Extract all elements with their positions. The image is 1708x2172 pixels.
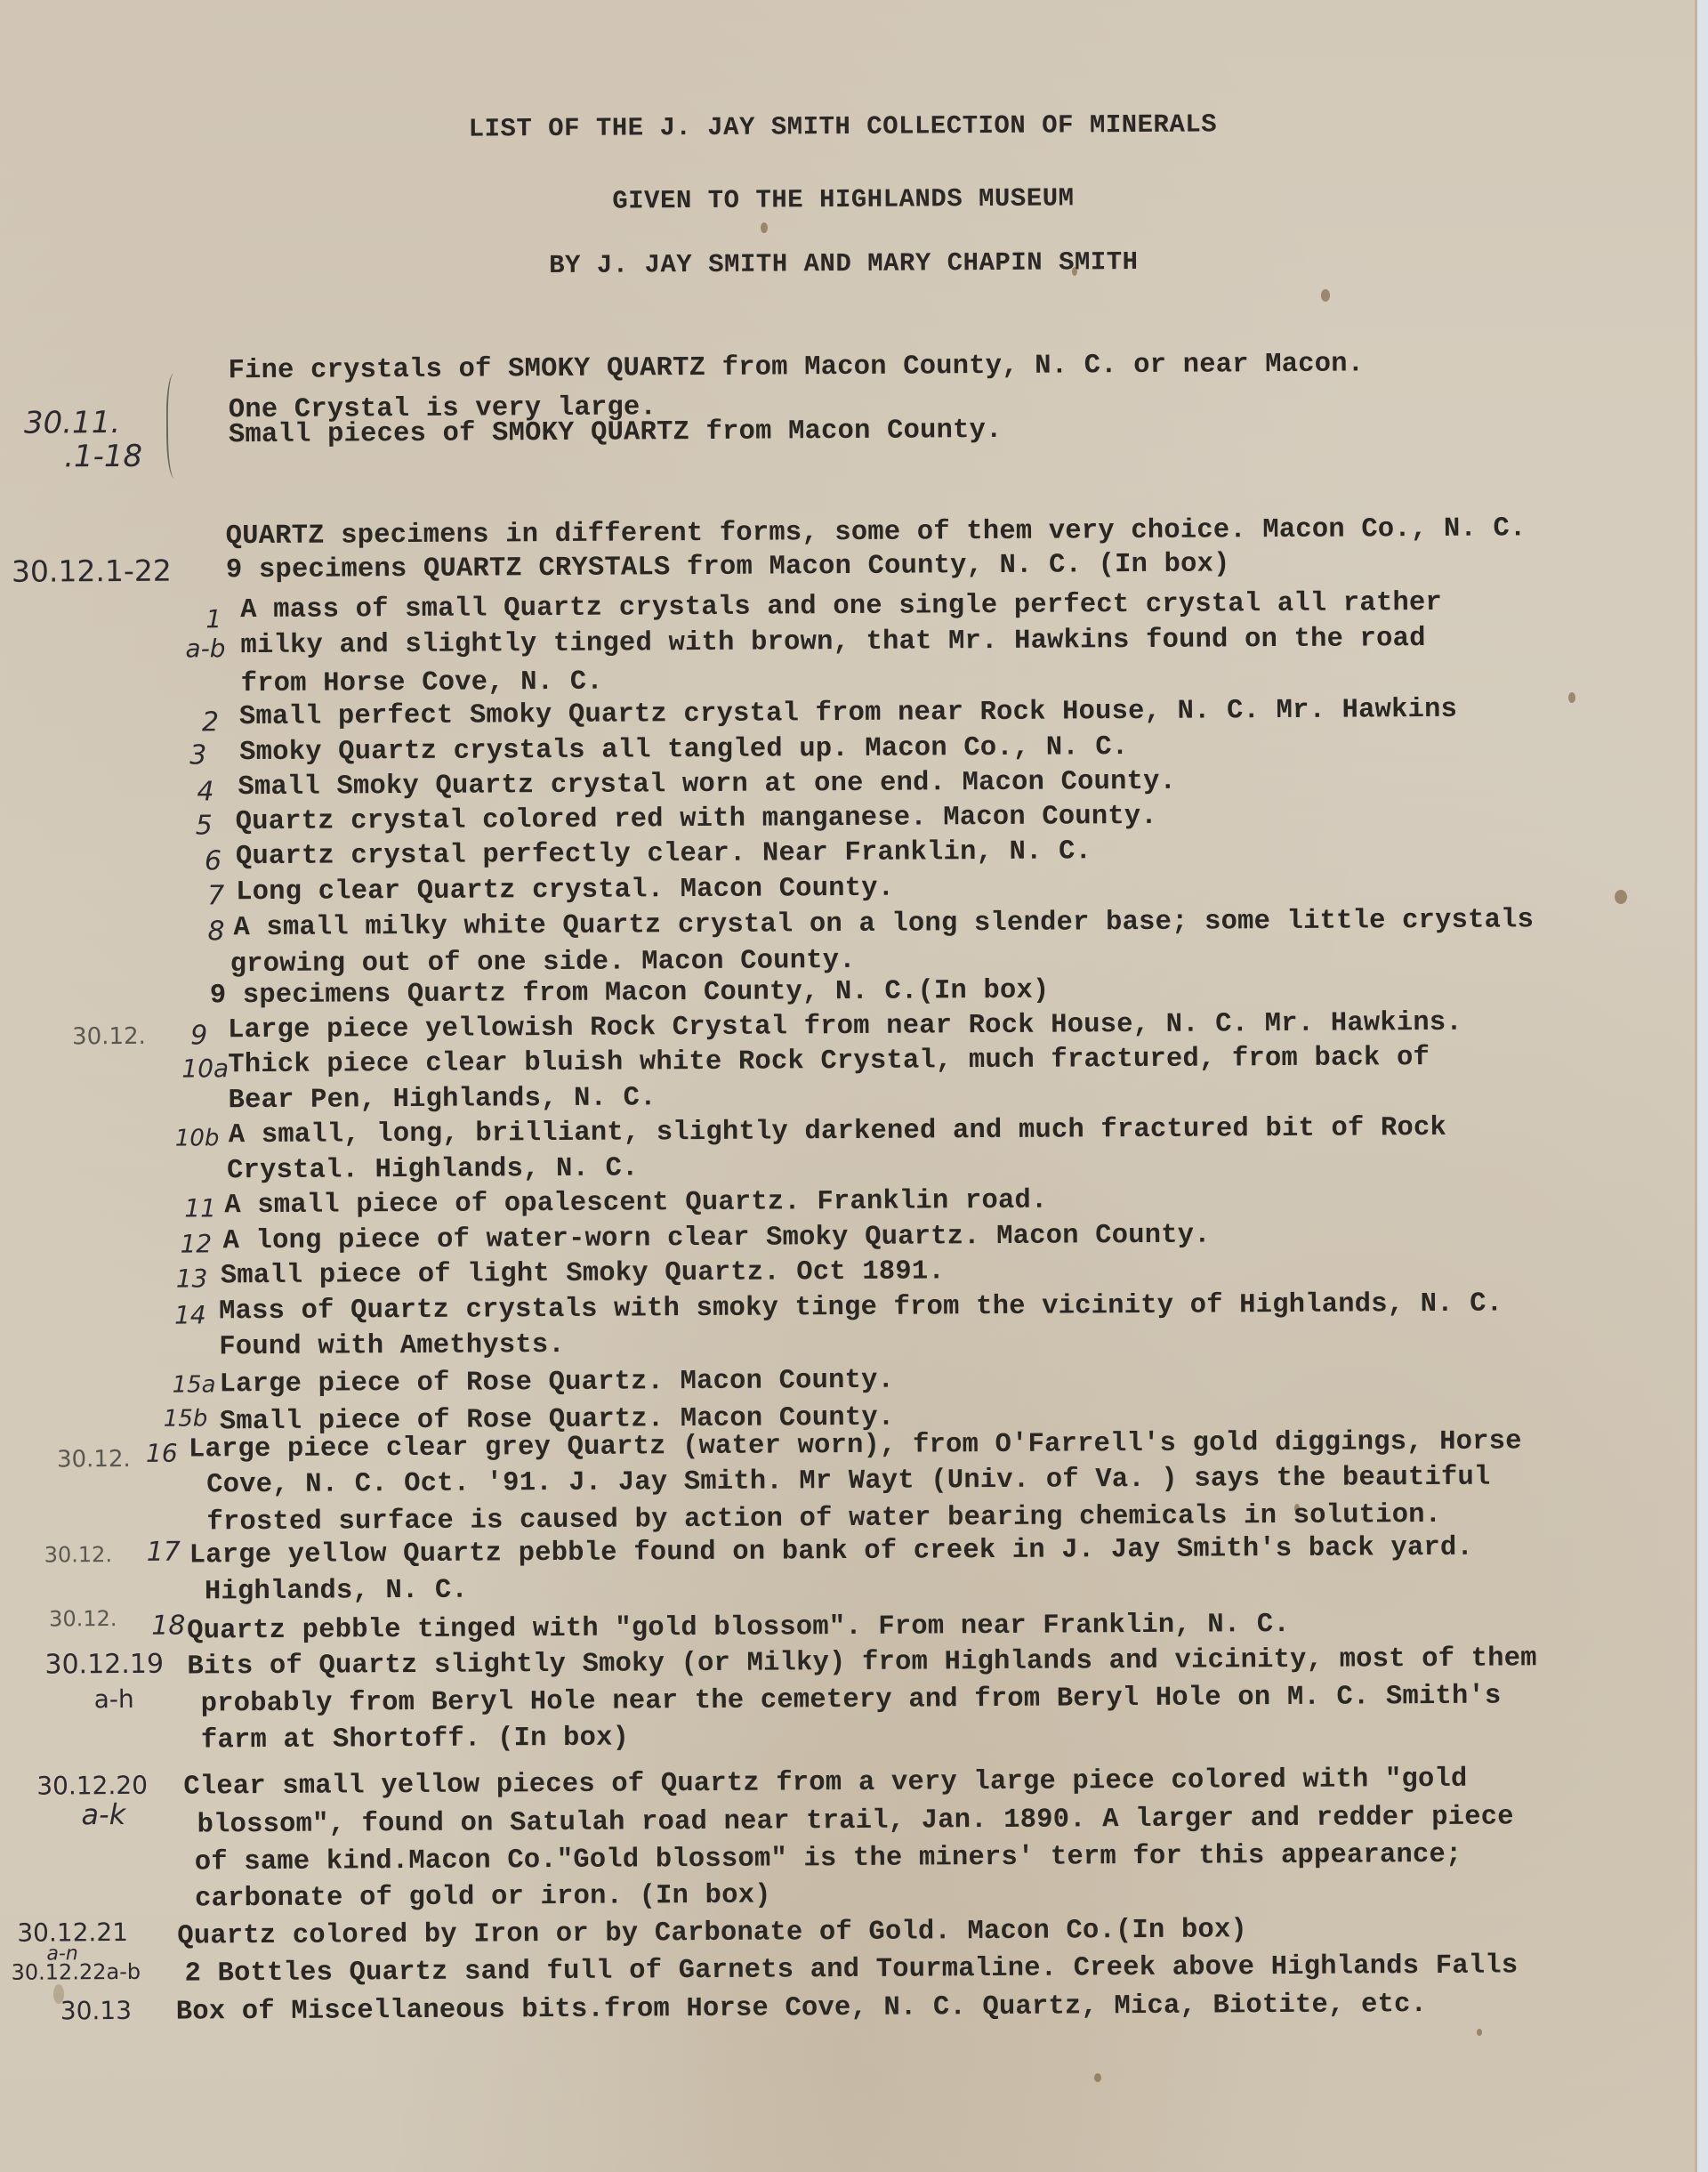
entry-line: Clear small yellow pieces of Quartz from… [183,1764,1467,1803]
entry-line: frosted surface is caused by action of w… [206,1500,1441,1538]
catalog-number: 30.11. [24,405,120,441]
item-number: 18 [151,1611,185,1642]
title-line-2: GIVEN TO THE HIGHLANDS MUSEUM [0,180,1690,220]
entry-line: Small pieces of SMOKY QUARTZ from Macon … [229,416,1003,450]
entry-line: farm at Shortoff. (In box) [201,1724,629,1756]
typed-document: LIST OF THE J. JAY SMITH COLLECTION OF M… [0,0,1703,2172]
catalog-subrange: .1-18 [64,439,142,475]
catalog-number: 30.12. [72,1023,146,1051]
item-number: 14 [174,1300,206,1329]
catalog-number: 30.12.20 [36,1771,148,1801]
bracket-mark [166,374,187,479]
item-number: 13 [176,1264,208,1293]
catalog-number: 30.12.22a-b [11,1959,141,1985]
entry-line: Small Smoky Quartz crystal worn at one e… [238,767,1176,803]
entry-line: Quartz crystal colored red with manganes… [236,802,1157,837]
entry-line: Mass of Quartz crystals with smoky tinge… [219,1289,1503,1328]
entry-line: from Horse Cove, N. C. [241,667,603,699]
entry-line: blossom", found on Satulah road near tra… [197,1802,1513,1840]
item-number: 7 [207,880,224,911]
entry-line: Quartz crystal perfectly clear. Near Fra… [236,836,1092,872]
entry-line: of same kind.Macon Co."Gold blossom" is … [195,1840,1462,1878]
entry-line: growing out of one side. Macon County. [230,946,856,980]
entry-line: QUARTZ specimens in different forms, som… [226,513,1527,552]
entry-line: milky and slightly tinged with brown, th… [240,624,1425,661]
catalog-subrange: a-k [81,1797,125,1831]
catalog-number: 30.12.19 [44,1649,164,1681]
entry-line: Large piece yellowish Rock Crystal from … [228,1008,1462,1046]
entry-line: Bits of Quartz slightly Smoky (or Milky)… [187,1643,1536,1682]
entry-line: Found with Amethysts. [219,1330,565,1362]
catalog-number: 30.12. [44,1542,113,1567]
item-number: 9 [190,1020,207,1051]
entry-line: Fine crystals of SMOKY QUARTZ from Macon… [228,349,1364,386]
item-number: 15a [172,1371,215,1398]
entry-line: Large yellow Quartz pebble found on bank… [189,1533,1473,1571]
entry-line: A small piece of opalescent Quartz. Fran… [224,1186,1047,1222]
entry-line: carbonate of gold or iron. (In box) [195,1881,771,1915]
entry-line: A small, long, brilliant, slightly darke… [229,1113,1446,1151]
item-number: 2 [202,707,219,738]
entry-line: Small perfect Smoky Quartz crystal from … [239,695,1457,732]
item-number: 5 [196,810,213,841]
item-number-circled: 3 [189,739,206,771]
entry-line: Smoky Quartz crystals all tangled up. Ma… [239,732,1128,768]
entry-line: A mass of small Quartz crystals and one … [240,588,1442,626]
entry-line: probably from Beryl Hole near the cemete… [201,1682,1502,1720]
entry-line: A long piece of water-worn clear Smoky Q… [222,1221,1210,1257]
item-number: 4 [197,776,213,807]
item-number: 17 [147,1537,181,1568]
title-line-3: BY J. JAY SMITH AND MARY CHAPIN SMITH [0,244,1691,284]
entry-line: Cove, N. C. Oct. '91. J. Jay Smith. Mr W… [206,1463,1490,1501]
entry-line: Thick piece clear bluish white Rock Crys… [228,1043,1430,1080]
item-number: 16 [146,1439,178,1468]
entry-line: A small milky white Quartz crystal on a … [233,905,1534,943]
catalog-subrange: a-h [94,1684,134,1714]
entry-line: Bear Pen, Highlands, N. C. [228,1083,656,1116]
entry-line: Crystal. Highlands, N. C. [227,1153,639,1186]
item-number: 12 [180,1229,212,1258]
catalog-number: 30.13 [60,1996,132,2025]
entry-line: Box of Miscellaneous bits.from Horse Cov… [176,1990,1427,2028]
title-line-1: LIST OF THE J. JAY SMITH COLLECTION OF M… [0,107,1690,147]
item-number: 10b [175,1125,220,1151]
item-number: 8 [207,916,224,947]
entry-line: Long clear Quartz crystal. Macon County. [236,874,894,908]
entry-line: Small piece of light Smoky Quartz. Oct 1… [221,1256,945,1291]
item-number: 11 [184,1193,216,1223]
entry-line: Quartz colored by Iron or by Carbonate o… [177,1915,1247,1951]
entry-line: 2 Bottles Quartz sand full of Garnets an… [184,1950,1518,1989]
entry-line: Large piece of Rose Quartz. Macon County… [219,1366,894,1401]
paper-sheet: LIST OF THE J. JAY SMITH COLLECTION OF M… [0,0,1697,2172]
item-number: 10a [181,1054,229,1083]
entry-line: 9 specimens QUARTZ CRYSTALS from Macon C… [226,549,1230,585]
entry-line: 9 specimens Quartz from Macon County, N.… [210,976,1050,1012]
catalog-number: 30.12. [49,1606,117,1631]
item-number: 1 [205,604,222,634]
catalog-number: 30.12.1-22 [12,553,172,589]
item-number: 6 [205,845,222,876]
entry-line: Quartz pebble tinged with "gold blossom"… [187,1610,1290,1647]
item-number: 15b [164,1405,208,1432]
item-subrange: a-b [185,634,225,663]
catalog-number: 30.12. [57,1446,131,1474]
entry-line: Highlands, N. C. [205,1576,468,1608]
